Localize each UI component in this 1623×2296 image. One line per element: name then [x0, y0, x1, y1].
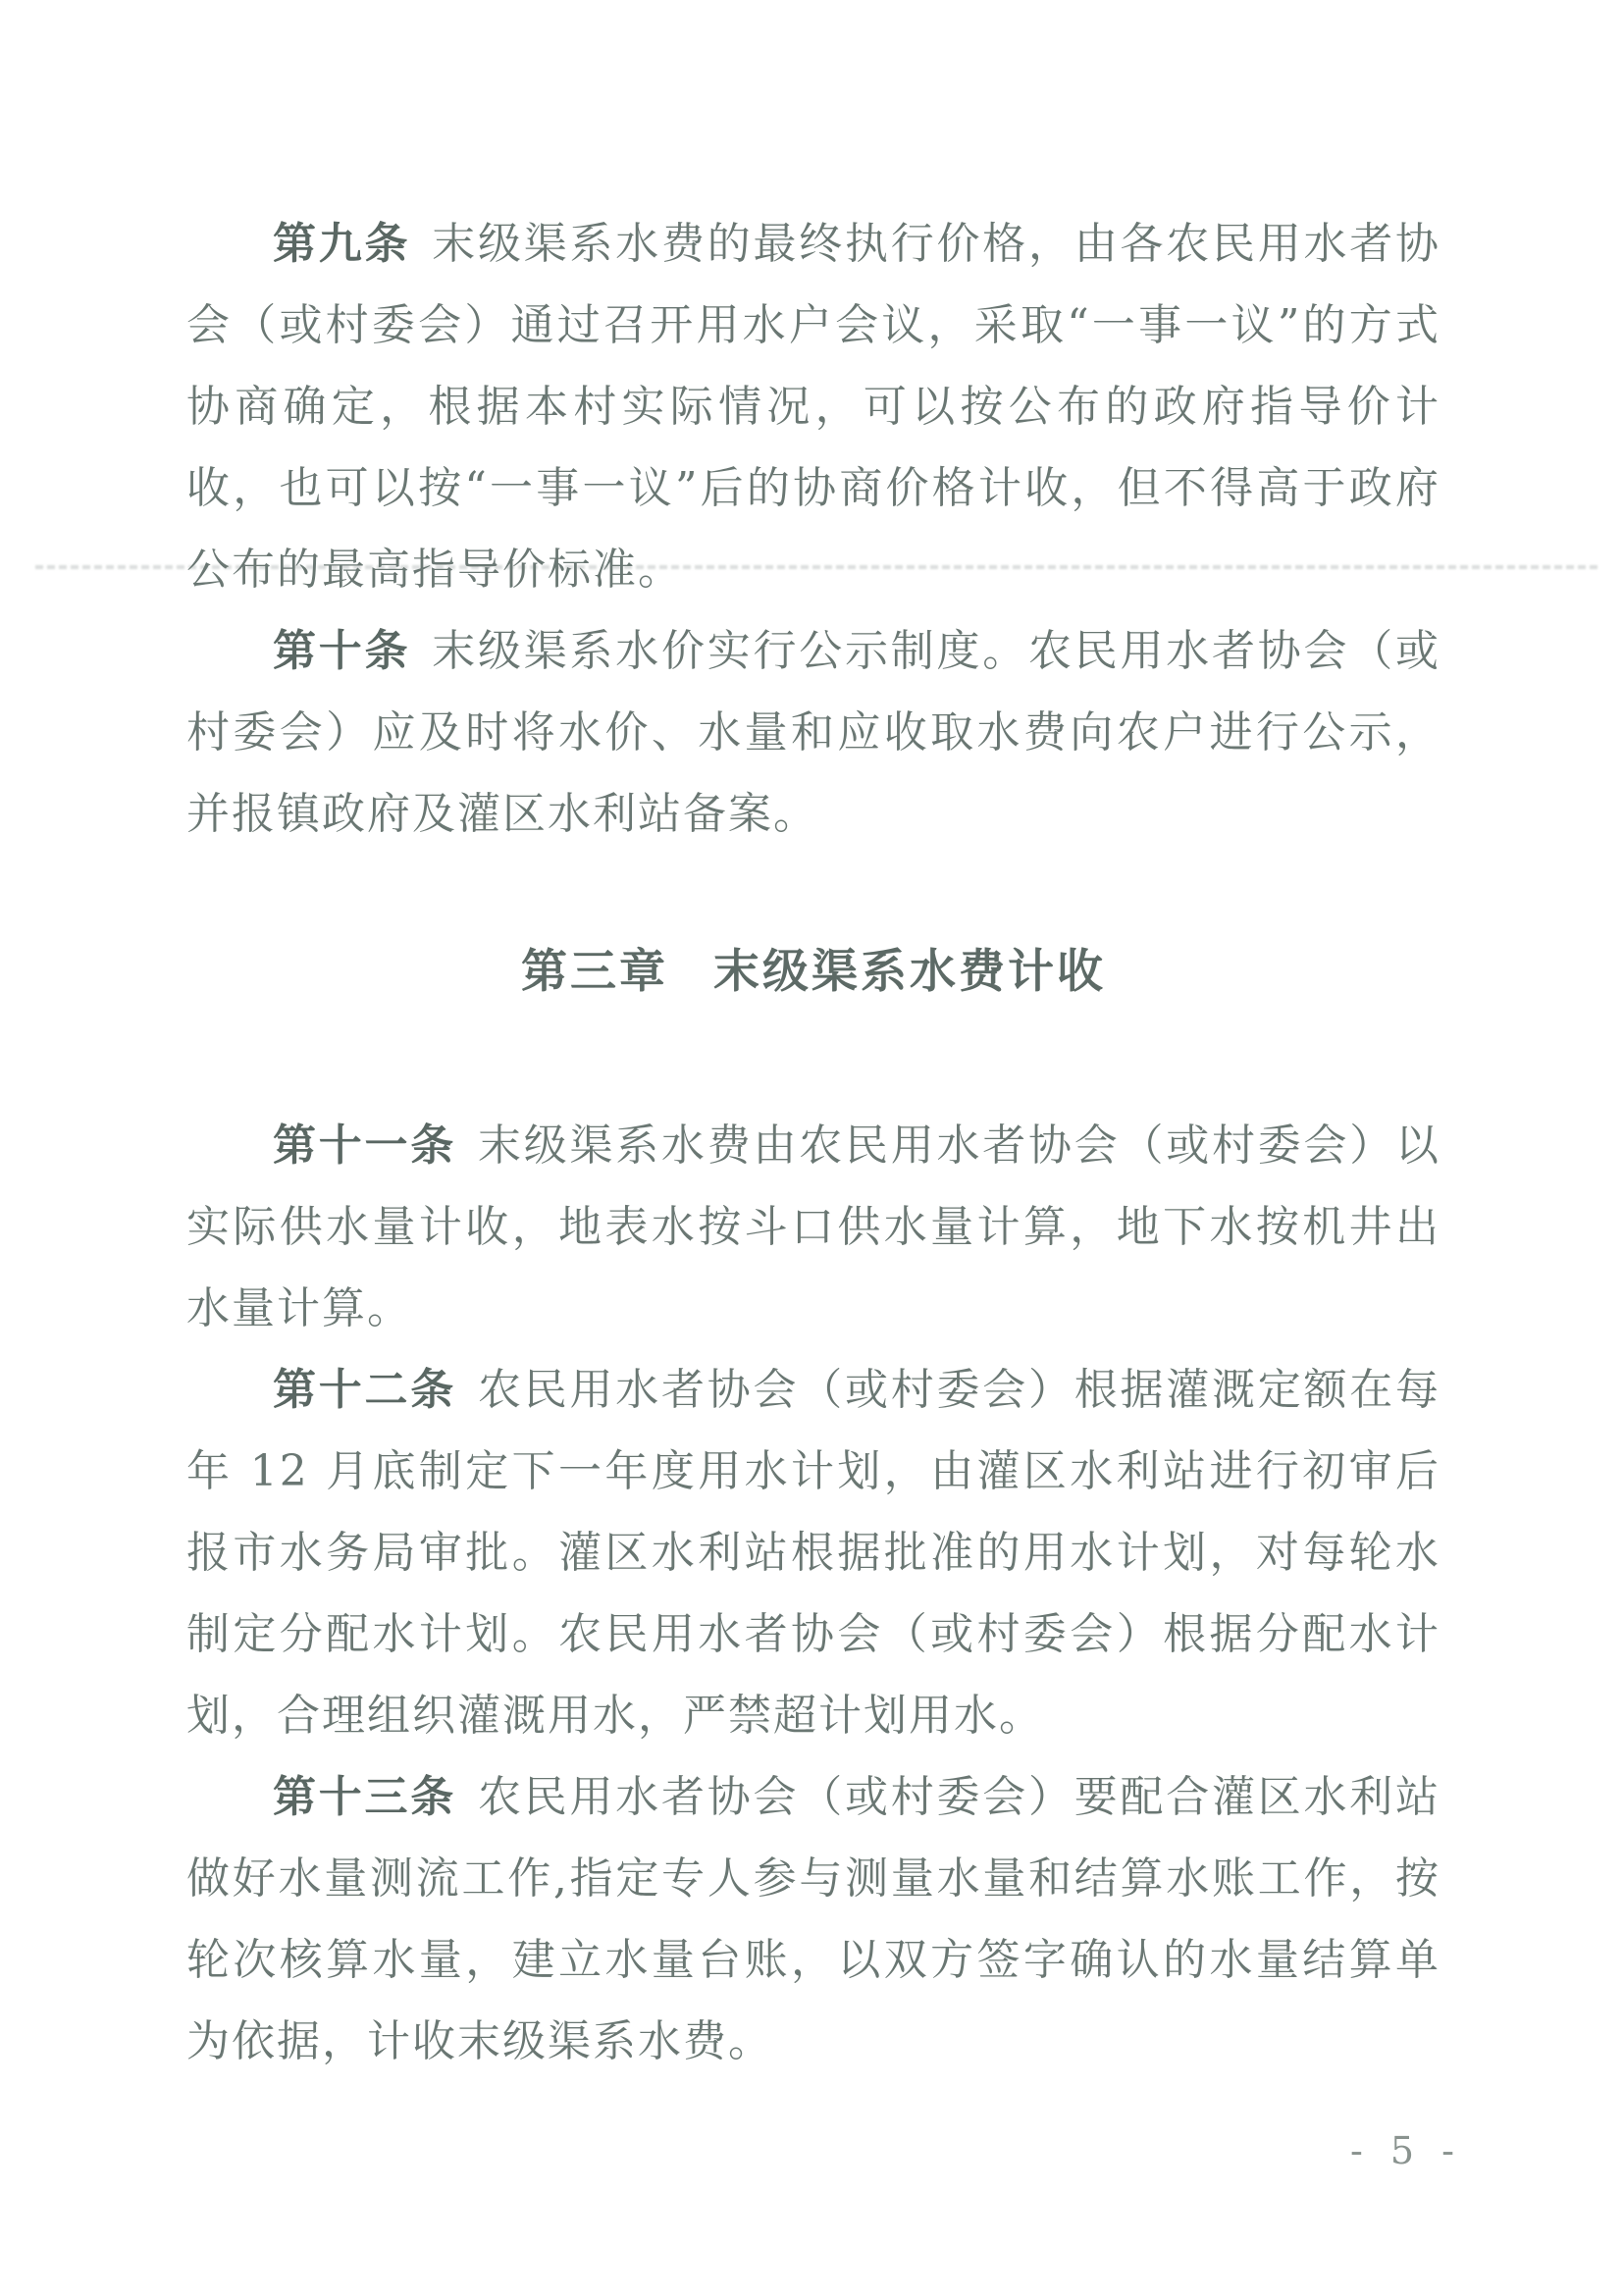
- article-9-label: 第九条: [273, 219, 410, 269]
- article-13-label: 第十三条: [273, 1772, 456, 1822]
- paragraph-article-10: 第十条末级渠系水价实行公示制度。农民用水者协会（或村委会）应及时将水价、水量和应…: [186, 610, 1440, 855]
- chapter-3-number: 第三章: [521, 945, 668, 999]
- article-12-text: 农民用水者协会（或村委会）根据灌溉定额在每年 12 月底制定下一年度用水计划，由…: [186, 1365, 1440, 1741]
- chapter-3-heading: 第三章末级渠系水费计收: [186, 933, 1440, 1012]
- chapter-3-title: 末级渠系水费计收: [713, 945, 1106, 999]
- article-9-text: 末级渠系水费的最终执行价格，由各农民用水者协会（或村委会）通过召开用水户会议，采…: [186, 219, 1440, 595]
- document-body: 第九条末级渠系水费的最终执行价格，由各农民用水者协会（或村委会）通过召开用水户会…: [186, 203, 1440, 2082]
- article-11-label: 第十一条: [273, 1121, 456, 1171]
- paragraph-article-13: 第十三条农民用水者协会（或村委会）要配合灌区水利站做好水量测流工作,指定专人参与…: [186, 1756, 1440, 2082]
- article-12-label: 第十二条: [273, 1365, 456, 1415]
- paragraph-article-11: 第十一条末级渠系水费由农民用水者协会（或村委会）以实际供水量计收，地表水按斗口供…: [186, 1105, 1440, 1349]
- article-10-label: 第十条: [273, 626, 410, 676]
- paragraph-article-9: 第九条末级渠系水费的最终执行价格，由各农民用水者协会（或村委会）通过召开用水户会…: [186, 203, 1440, 610]
- paragraph-article-12: 第十二条农民用水者协会（或村委会）根据灌溉定额在每年 12 月底制定下一年度用水…: [186, 1349, 1440, 1756]
- page-number: - 5 -: [1350, 2129, 1462, 2172]
- scanned-document-page: 第九条末级渠系水费的最终执行价格，由各农民用水者协会（或村委会）通过召开用水户会…: [0, 0, 1623, 2296]
